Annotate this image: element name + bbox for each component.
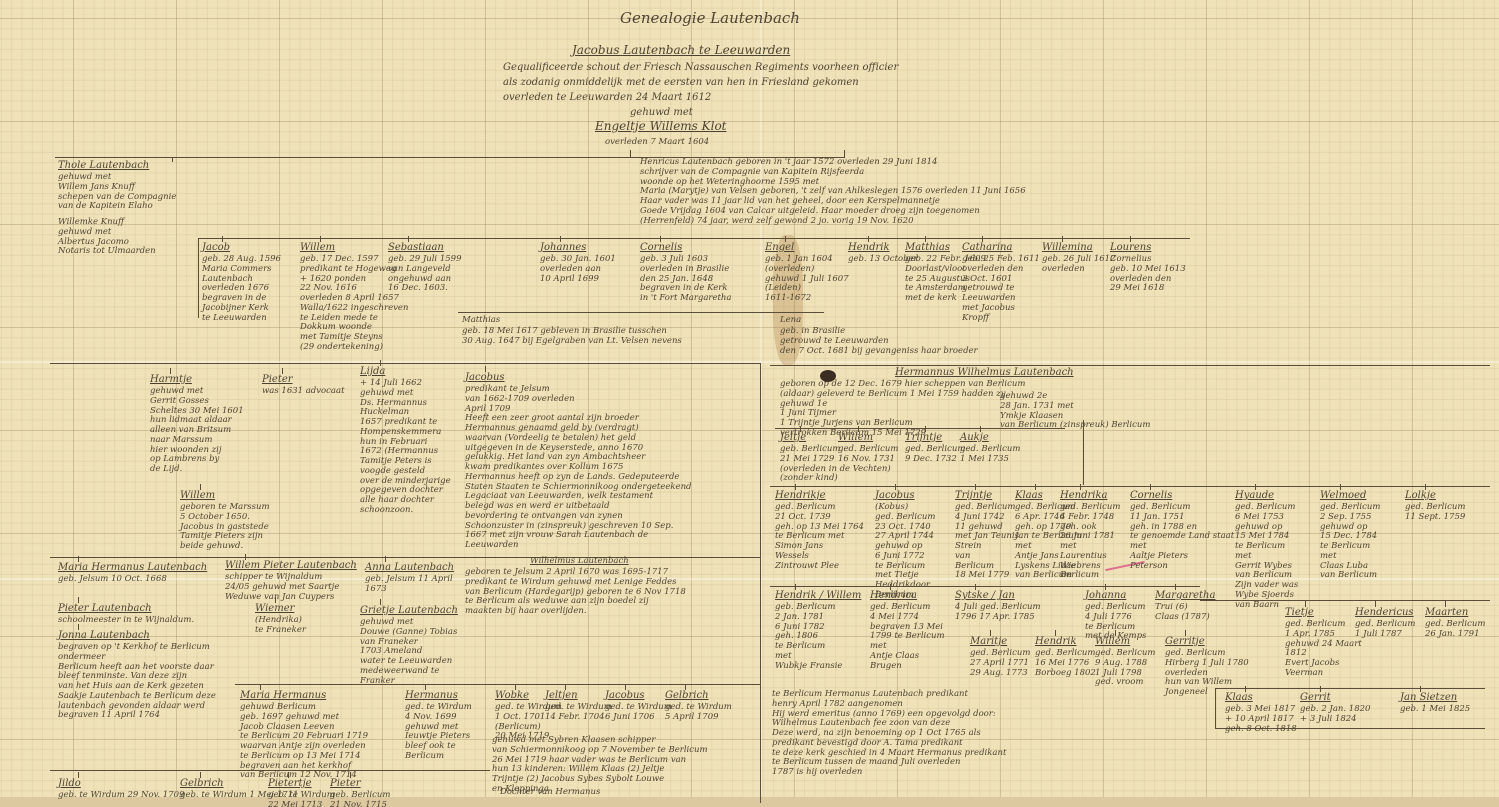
tree-line <box>770 365 1490 366</box>
person-name: Gelbrich <box>180 778 224 790</box>
person-details: ged. Berlicum 6 Mei 1753 gehuwd op 15 Me… <box>1235 503 1298 610</box>
person-details: geboren te Marssum 5 October 1650. Jacob… <box>180 503 270 552</box>
person-details: geb. 3 Mei 1817 + 10 April 1817 geh. 8 O… <box>1225 705 1297 734</box>
tree-line <box>1083 420 1084 485</box>
person-name: Gerritje <box>1165 636 1205 648</box>
tree-line <box>776 312 824 313</box>
tree-line <box>198 238 1190 239</box>
tree-line <box>50 557 760 558</box>
person-name: Catharina <box>962 242 1012 254</box>
person-details: ged. Berlicum 9 Dec. 1732 <box>905 445 965 465</box>
thole-name: Thole Lautenbach <box>58 160 149 172</box>
person-name: Tietje <box>1285 607 1314 619</box>
person-name: Jonna Lautenbach <box>58 630 150 642</box>
person-name: Jacob <box>202 242 230 254</box>
person-details: ged. Berlicum 27 April 1771 29 Aug. 1773 <box>970 649 1030 678</box>
person-name: Willem <box>300 242 335 254</box>
person-name: Pieter Lautenbach <box>58 603 152 615</box>
person-details: ged. te Wirdum 6 Juni 1706 <box>605 703 672 723</box>
person-name: Margaretha <box>1155 590 1215 602</box>
person-details: geb. 26 Juli 1612 overleden <box>1042 255 1116 275</box>
person-name: Johannes <box>540 242 586 254</box>
person-name: Klaas <box>1015 490 1043 502</box>
person-name: Harmtje <box>150 374 192 386</box>
person-name: Hyaude <box>1235 490 1274 502</box>
person-name: Willem Pieter Lautenbach <box>225 560 357 572</box>
bottom-note: Dochter van Hermanus <box>500 788 600 798</box>
person-name: Wobke <box>495 690 529 702</box>
matthias-name: Matthias <box>462 316 500 326</box>
person-name: Jacobus <box>605 690 645 702</box>
person-details: ged. te Wirdum 4 Nov. 1699 gehuwd met Ie… <box>405 703 472 762</box>
person-name: Hendrik <box>848 242 890 254</box>
tree-line <box>770 486 1490 487</box>
lena-name: Lena <box>780 316 801 326</box>
person-name: Hendericus <box>1355 607 1414 619</box>
person-name: Hendrik <box>1035 636 1077 648</box>
person-details: geb. 1 Jan 1604 (overleden) gehuwd 1 Jul… <box>765 255 849 304</box>
tree-line <box>50 770 490 771</box>
person-name: Johanna <box>1085 590 1126 602</box>
person-name: Welmoed <box>1320 490 1366 502</box>
person-details: geb. Berlicum 2 Jan. 1781 6 Juni 1782 ge… <box>775 603 842 671</box>
person-name: Trijntje <box>905 432 942 444</box>
progenitor-name: Jacobus Lautenbach te Leeuwarden <box>572 44 790 58</box>
person-name: Maria Hermanus Lautenbach <box>58 562 207 574</box>
person-details: gehuwd met Gerrit Gosses Scheltes 30 Mei… <box>150 387 244 475</box>
person-name: Sebastiaan <box>388 242 444 254</box>
henricus-text: Henricus Lautenbach geboren in 't jaar 1… <box>640 158 1460 226</box>
person-details: geb. te Wirdum 22 Mei 1713 <box>268 791 335 807</box>
thole-text: gehuwd met Willem Jans Knuff schepen van… <box>58 173 176 212</box>
tree-line <box>458 312 778 313</box>
person-name: Jacobus <box>465 372 505 384</box>
person-details: geb. 1 Mei 1825 <box>1400 705 1470 715</box>
person-name: Lolkje <box>1405 490 1436 502</box>
tree-line <box>1200 600 1490 601</box>
person-details: ged. Berlicum 16 Mei 1776 Borboeg 1802 <box>1035 649 1096 678</box>
person-details: geb. Jelsum 10 Oct. 1668 <box>58 575 167 585</box>
person-details: geb. 30 Jan. 1601 overleden aan 10 April… <box>540 255 616 284</box>
tree-line <box>1215 688 1485 689</box>
person-name: Trijntje <box>955 490 992 502</box>
person-details: ged. Berlicum 2 Sep. 1755 gehuwd op 15 D… <box>1320 503 1380 581</box>
tree-line <box>770 586 1200 587</box>
person-name: Lourens <box>1110 242 1151 254</box>
person-details: was 1631 advocaat <box>262 387 344 397</box>
person-name: Gelbrich <box>665 690 709 702</box>
person-name: Jeltje <box>780 432 806 444</box>
tree-line <box>775 428 1065 429</box>
person-details: ged. Berlicum 11 Jan. 1751 geh. in 1788 … <box>1130 503 1234 571</box>
person-details: geb. 3 Juli 1603 overleden in Brasilie d… <box>640 255 731 304</box>
tree-line <box>235 684 760 685</box>
person-details: ged. Berlicum 4 Mei 1774 begraven 13 Mei… <box>870 603 945 671</box>
person-details: geb. 28 Aug. 1596 Maria Commers Lautenba… <box>202 255 281 323</box>
person-name: Aukje <box>960 432 989 444</box>
person-name: Sytske / Jan <box>955 590 1015 602</box>
person-name: Willem <box>1095 636 1130 648</box>
person-details: ged. Berlicum 4 Juni 1742 11 gehuwd met … <box>955 503 1019 581</box>
person-details: + 14 Juli 1662 gehuwd met Ds. Hermannus … <box>360 379 451 516</box>
person-details: gehuwd met Douwe (Ganne) Tobias van Fran… <box>360 618 457 686</box>
person-name: Jacobus <box>875 490 915 502</box>
person-details: begraven op 't Kerkhof te Berlicum onder… <box>58 643 253 721</box>
person-details: ged. Berlicum 16 Nov. 1731 <box>838 445 898 465</box>
person-name: Willem <box>180 490 215 502</box>
person-details: ged. te Wirdum 5 April 1709 <box>665 703 732 723</box>
person-details: 4 Juli ged. Berlicum 1796 17 Apr. 1785 <box>955 603 1041 623</box>
progenitor-line2: als zodanig onmiddelijk met de eersten v… <box>503 77 859 89</box>
person-name: Willemina <box>1042 242 1093 254</box>
person-details: Cornelius geb. 10 Mei 1613 overleden den… <box>1110 255 1186 294</box>
person-details: geb. Jelsum 11 April 1673 <box>365 575 453 595</box>
person-name: Jan Sietzen <box>1400 692 1457 704</box>
person-name: Maritje <box>970 636 1007 648</box>
tree-line <box>198 238 199 318</box>
person-details: ged. Berlicum 1 Juli 1787 <box>1355 620 1415 640</box>
document-title: Genealogie Lautenbach <box>620 10 800 27</box>
tree-line <box>50 363 760 364</box>
person-details: geb. 25 Feb. 1611 overleden den 3 Oct. 1… <box>962 255 1040 323</box>
person-details: schipper te Wijnaldum 24/05 gehuwd met S… <box>225 573 339 602</box>
person-details: geb. 29 Juli 1599 van Langeveld ongehuwd… <box>388 255 462 294</box>
progenitor-line3: overleden te Leeuwarden 24 Maart 1612 <box>503 92 711 104</box>
person-name: Jildo <box>58 778 81 790</box>
lower-center-note: te Berlicum Hermanus Lautenbach predikan… <box>772 690 1202 778</box>
person-details: geb. 2 Jan. 1820 + 3 Juli 1824 <box>1300 705 1370 725</box>
tree-line <box>172 157 173 162</box>
person-details: ged. Berlicum 11 Sept. 1759 <box>1405 503 1465 523</box>
wilhelmus-name: Wilhelmus Lautenbach <box>530 557 629 567</box>
matthias-text: geb. 18 Mei 1617 gebleven in Brasilie tu… <box>462 327 682 347</box>
spouse-death: overleden 7 Maart 1604 <box>605 138 709 148</box>
progenitor-line1: Gequalificeerde schout der Friesch Nassa… <box>503 62 898 74</box>
wobke-marriage: gehuwd met Sybren Klaasen schipper van S… <box>492 736 762 795</box>
willemke-text: Willemke Knuff gehuwd met Albertus Jacom… <box>58 218 156 257</box>
person-name: Matthias <box>905 242 950 254</box>
person-details: Trui (6) Claas (1787) <box>1155 603 1210 623</box>
lena-text: geb. in Brasilie getrouwd te Leeuwarden … <box>780 327 978 356</box>
person-details: predikant te Jelsum van 1662-1709 overle… <box>465 385 755 551</box>
person-details: ged. Berlicum 1 Apr. 1785 gehuwd 24 Maar… <box>1285 620 1362 679</box>
person-name: Maarten <box>1425 607 1468 619</box>
person-details: ged. Berlicum 26 Jan. 1791 <box>1425 620 1485 640</box>
person-name: Hendrik / Willem <box>775 590 861 602</box>
person-name: Wiemer <box>255 603 294 615</box>
spouse-name: Engeltje Willems Klot <box>595 120 727 134</box>
person-name: Grietje Lautenbach <box>360 605 458 617</box>
person-name: Willem <box>838 432 873 444</box>
person-details: ged. te Wirdum 14 Febr. 1704 <box>545 703 612 723</box>
person-name: Pieter <box>330 778 361 790</box>
person-name: Hendrika <box>1060 490 1107 502</box>
person-details: ged. Berlicum 4 Febr. 1748 geh. ook 26 J… <box>1060 503 1120 581</box>
person-name: Anna Lautenbach <box>365 562 454 574</box>
person-name: Gerrit <box>1300 692 1331 704</box>
person-name: Cornelis <box>640 242 682 254</box>
person-name: Pietertje <box>268 778 312 790</box>
person-name: Engel <box>765 242 794 254</box>
person-details: geb. te Wirdum 29 Nov. 1709 <box>58 791 184 801</box>
person-name: Klaas <box>1225 692 1253 704</box>
person-name: Cornelis <box>1130 490 1172 502</box>
person-name: Hermanus <box>405 690 458 702</box>
person-name: Hendrica <box>870 590 917 602</box>
person-details: ged. Berlicum 9 Aug. 1788 1 Juli 1798 ge… <box>1095 649 1155 688</box>
person-name: Lijda <box>360 366 385 378</box>
wilhelmus-text: geboren te Jelsum 2 April 1670 was 1695-… <box>465 568 760 617</box>
hermannus-name: Hermannus Wilhelmus Lautenbach <box>895 367 1074 379</box>
person-name: Hendrikje <box>775 490 826 502</box>
tree-line <box>1215 688 1216 728</box>
person-details: ged. Berlicum 1 Mei 1735 <box>960 445 1020 465</box>
hermannus-second-marriage: gehuwd 2e 28 Jan. 1731 met Ymkje Klaasen… <box>1000 392 1150 431</box>
person-name: Pieter <box>262 374 293 386</box>
person-details: ged. Berlicum 21 Oct. 1739 geh. op 13 Me… <box>775 503 864 571</box>
person-name: Maria Hermanus <box>240 690 326 702</box>
person-details: geb. Berlicum 21 Nov. 1715 <box>330 791 390 807</box>
married-label: gehuwd met <box>630 107 693 119</box>
person-details: (Hendrika) te Franeker <box>255 616 306 636</box>
person-name: Jeltjen <box>545 690 578 702</box>
